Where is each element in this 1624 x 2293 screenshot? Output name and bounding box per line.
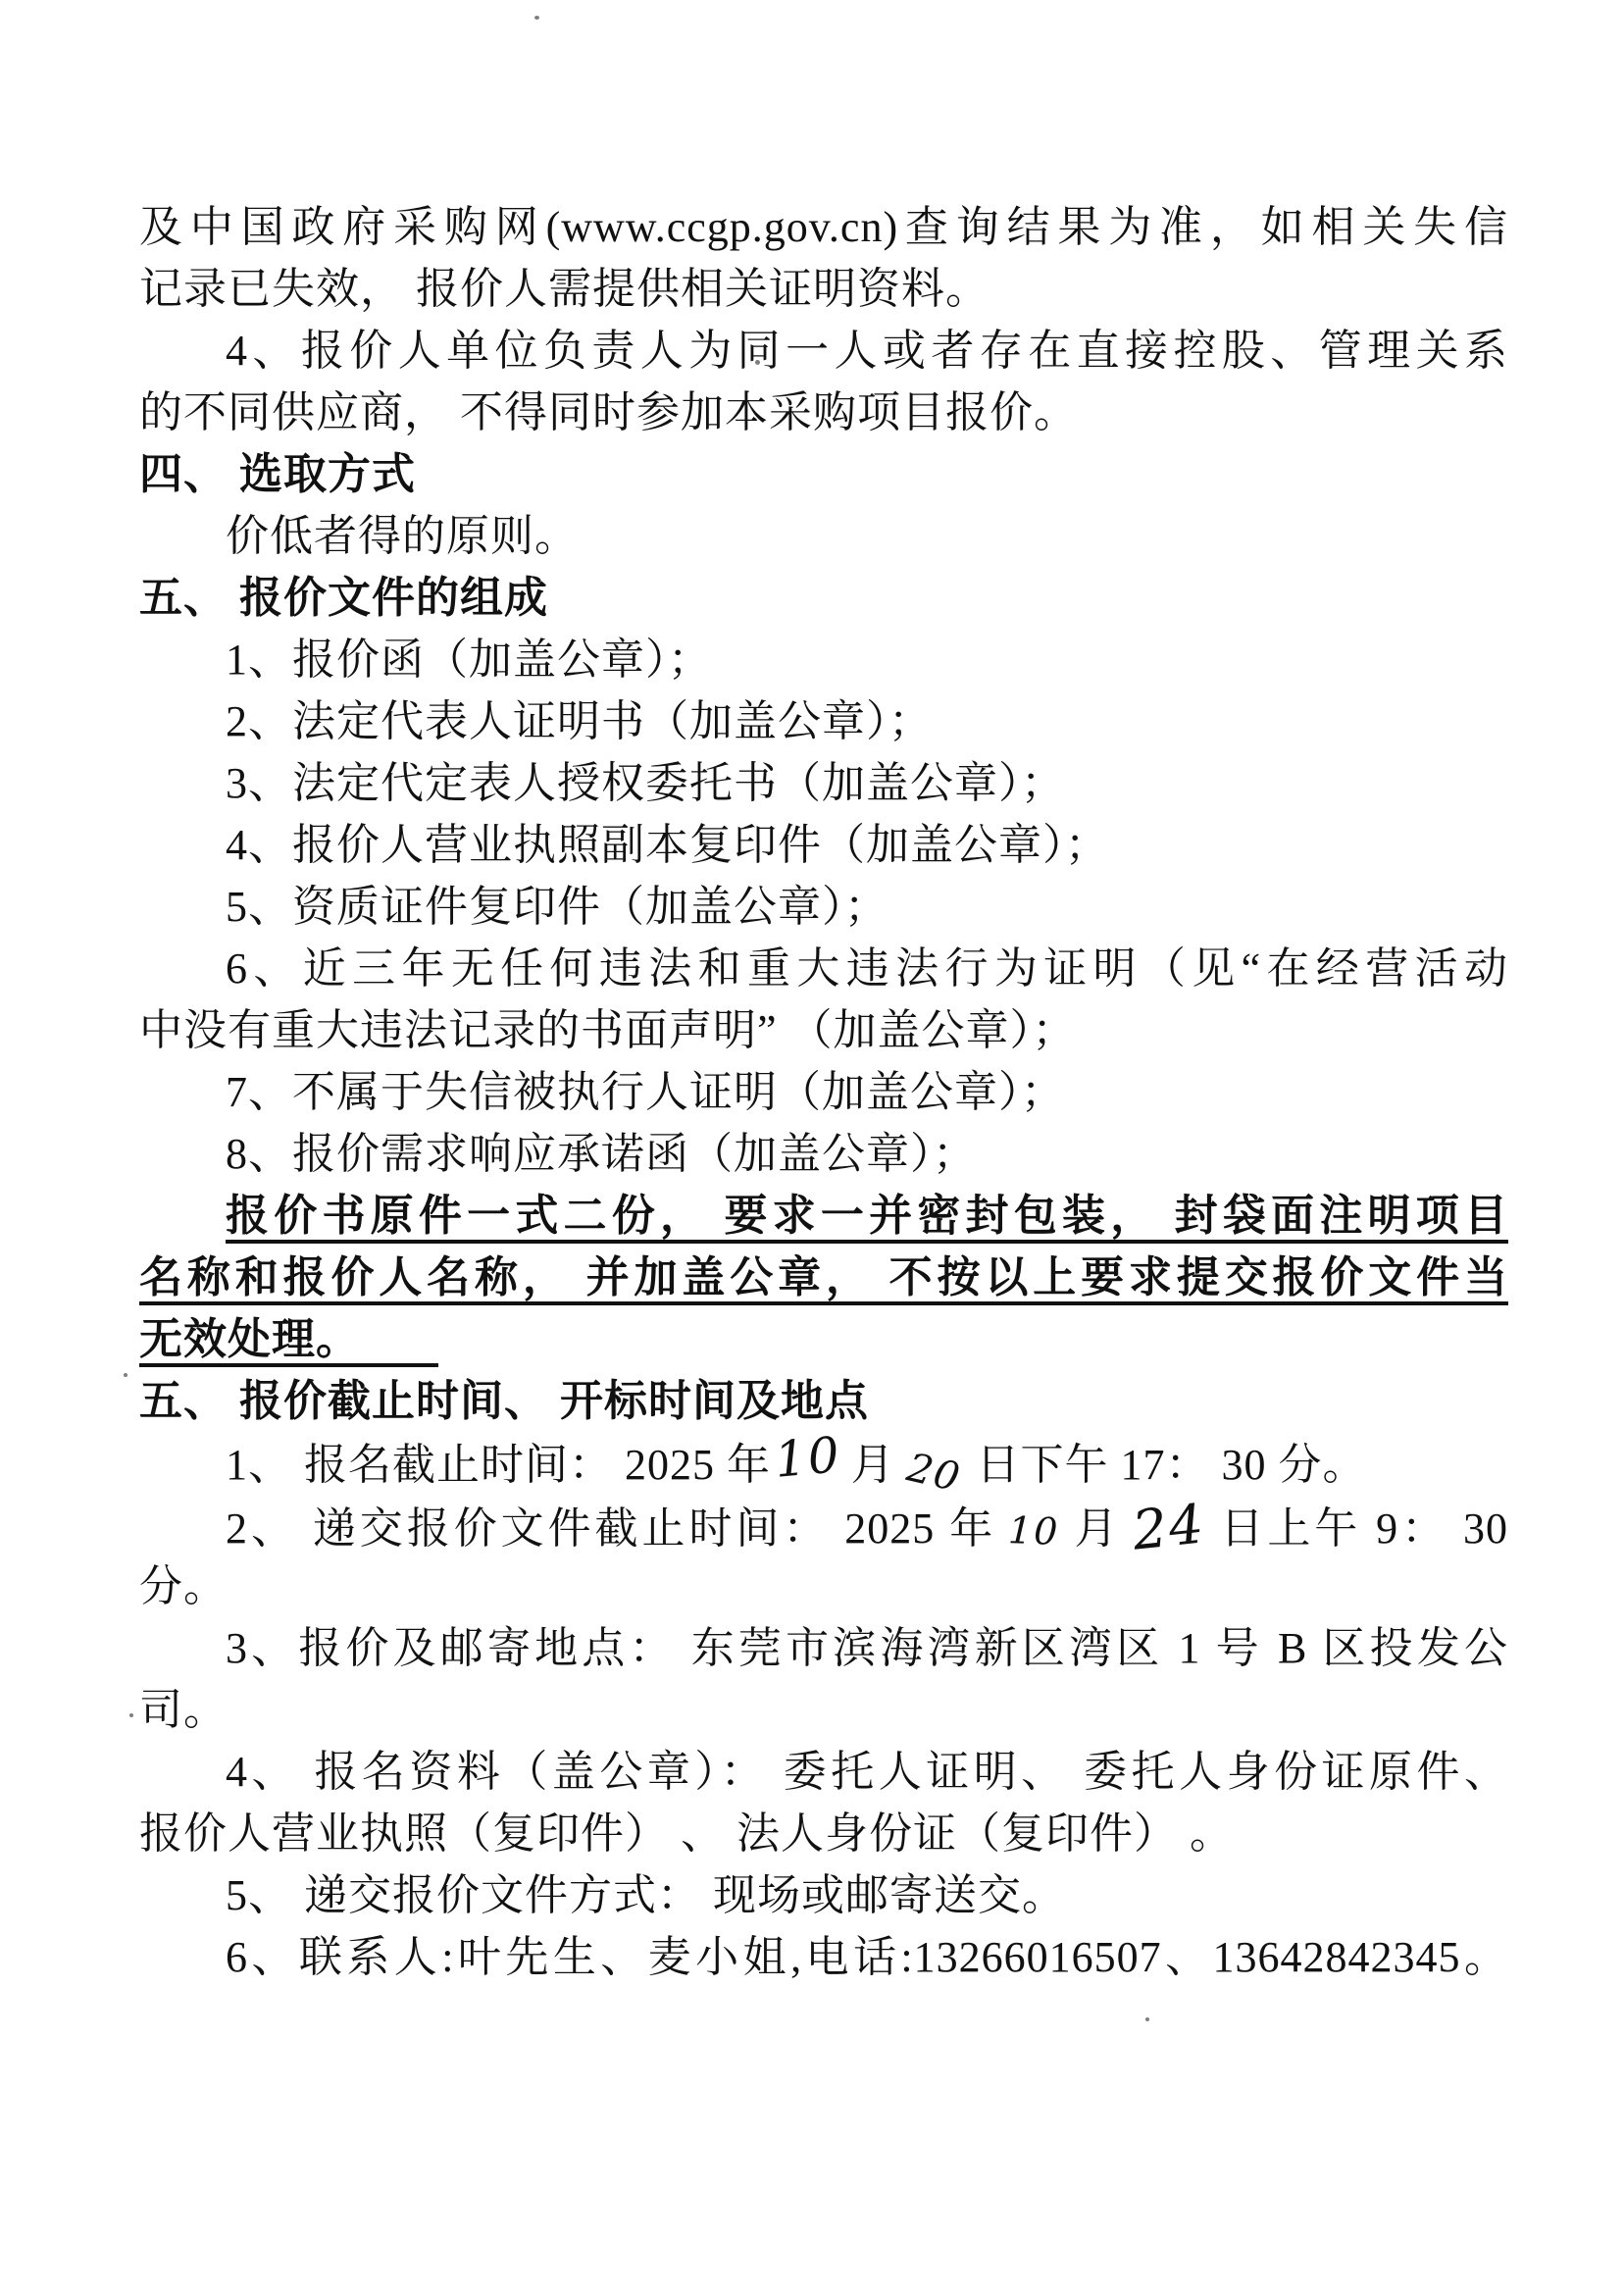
doc-item-7: 7、不属于失信被执行人证明（加盖公章）； [139,1061,1508,1123]
scan-noise-dot [1145,2017,1149,2021]
scan-noise-dot [124,1373,127,1377]
doc-item-6-line-1: 6、近三年无任何违法和重大违法行为证明（见“在经营活动 [139,938,1508,999]
doc-item-6-line-2: 中没有重大违法记录的书面声明” （加盖公章）； [139,999,1508,1061]
doc-item-2: 2、法定代表人证明书（加盖公章）； [139,690,1508,752]
scan-noise-dot [534,16,539,20]
registration-deadline-time: 日下午 17： 30 分。 [977,1441,1367,1489]
registration-deadline-line: 1、 报名截止时间： 2025 年10月20日下午 17： 30 分。 [139,1432,1508,1494]
registration-materials-line-2: 报价人营业执照（复印件） 、 法人身份证（复印件） 。 [139,1803,1508,1864]
doc-item-4: 4、报价人营业执照副本复印件（加盖公章）； [139,814,1508,876]
registration-materials-line-1: 4、 报名资料（盖公章）： 委托人证明、 委托人身份证原件、 [139,1741,1508,1803]
contact-line: 6、联系人:叶先生、麦小姐,电话:13266016507、13642842345… [139,1926,1508,1988]
month-character: 月 [851,1441,895,1489]
submission-deadline-time: 日上午 9： 30 [1217,1504,1508,1553]
registration-deadline-text: 1、 报名截止时间： 2025 年 [226,1441,771,1489]
selection-principle: 价低者得的原则。 [139,505,1508,567]
scan-noise-dot [129,1713,133,1717]
heading-selection-method: 四、 选取方式 [139,443,1508,505]
month-character: 月 [1072,1504,1122,1553]
document-body: 及中国政府采购网(www.ccgp.gov.cn)查询结果为准，如相关失信 记录… [139,196,1508,1988]
submission-deadline-text: 2、 递交报价文件截止时间： 2025 年 [226,1504,996,1553]
delivery-method-line: 5、 递交报价文件方式： 现场或邮寄送交。 [139,1864,1508,1926]
heading-quotation-documents: 五、 报价文件的组成 [139,567,1508,629]
handwritten-month-10: 10 [772,1424,843,1492]
doc-item-1: 1、报价函（加盖公章）； [139,629,1508,690]
credit-check-line-2: 记录已失效， 报价人需提供相关证明资料。 [139,258,1508,320]
doc-item-5: 5、资质证件复印件（加盖公章）； [139,876,1508,938]
doc-item-3: 3、法定代定表人授权委托书（加盖公章）； [139,752,1508,814]
submission-deadline-cont: 分。 [139,1555,1508,1617]
handwritten-day-24: 24 [1130,1493,1208,1561]
handwritten-month-10: 10 [1007,1500,1061,1563]
submission-deadline-line: 2、 递交报价文件截止时间： 2025 年10月24日上午 9： 30 [139,1494,1508,1555]
clause-4-line-2: 的不同供应商， 不得同时参加本采购项目报价。 [139,382,1508,443]
scanned-page: 及中国政府采购网(www.ccgp.gov.cn)查询结果为准，如相关失信 记录… [0,0,1624,2293]
sealing-notice-line-1: 报价书原件一式二份， 要求一并密封包装， 封袋面注明项目 [139,1185,1508,1247]
doc-item-8: 8、报价需求响应承诺函（加盖公章）； [139,1123,1508,1185]
mailing-address-line-1: 3、报价及邮寄地点： 东莞市滨海湾新区湾区 1 号 B 区投发公 [139,1617,1508,1679]
sealing-notice-line-3: 无效处理。 [139,1308,1508,1370]
heading-deadline-section: 五、 报价截止时间、 开标时间及地点 [139,1370,1508,1432]
clause-4-line-1: 4、报价人单位负责人为同一人或者存在直接控股、管理关系 [139,320,1508,382]
mailing-address-line-2: 司。 [139,1679,1508,1741]
credit-check-line-1: 及中国政府采购网(www.ccgp.gov.cn)查询结果为准，如相关失信 [139,196,1508,258]
sealing-notice-line-2: 名称和报价人名称， 并加盖公章， 不按以上要求提交报价文件当 [139,1247,1508,1308]
